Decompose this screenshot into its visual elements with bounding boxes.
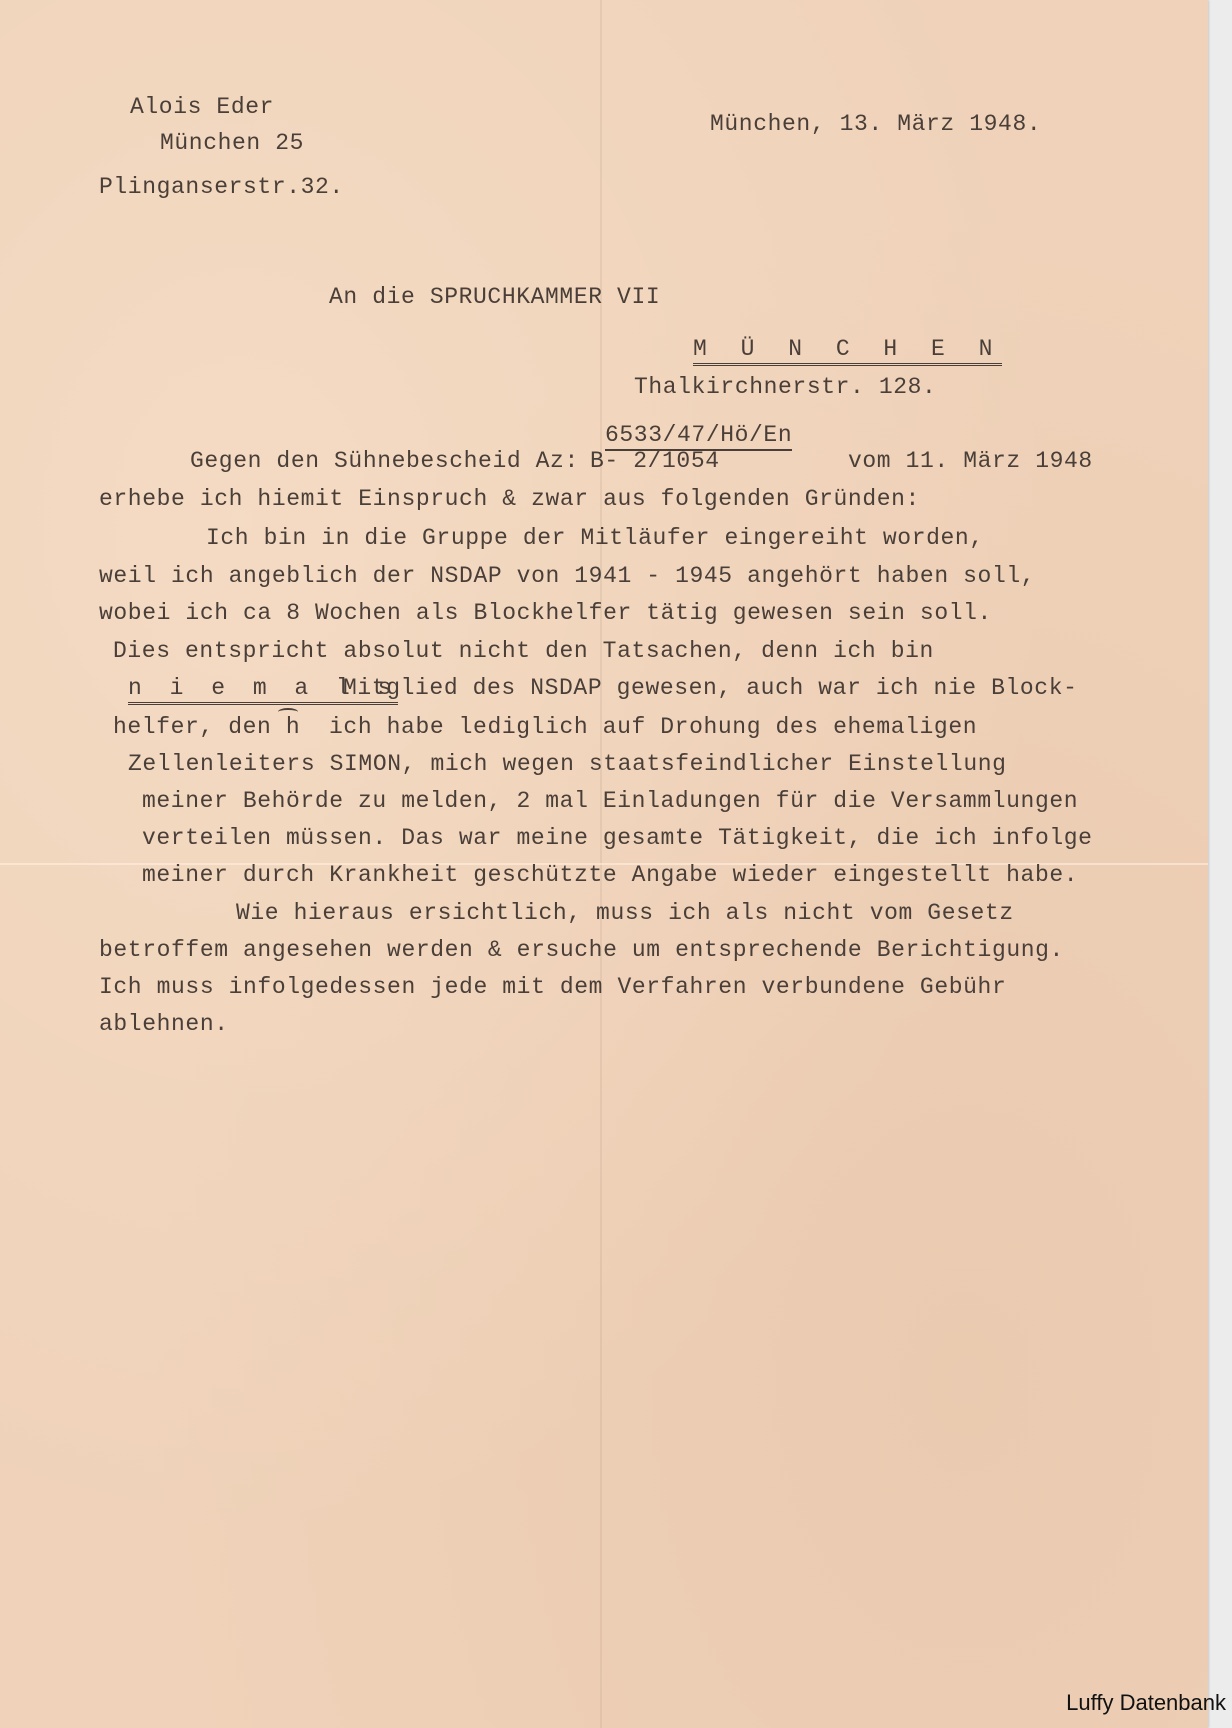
- body-line: wobei ich ca 8 Wochen als Blockhelfer tä…: [99, 602, 992, 625]
- body-line: ablehnen.: [99, 1013, 229, 1036]
- reference-prefix: Gegen den Sühnebescheid Az:: [190, 450, 579, 473]
- body-line: Ich bin in die Gruppe der Mitläufer eing…: [206, 527, 984, 550]
- body-line: betroffem angesehen werden & ersuche um …: [99, 939, 1064, 962]
- place-date: München, 13. März 1948.: [710, 113, 1041, 136]
- body-line: Ich muss infolgedessen jede mit dem Verf…: [99, 976, 1006, 999]
- handwritten-reference: 6533/47/Hö/En: [605, 424, 792, 451]
- recipient-city: M Ü N C H E N: [693, 338, 1002, 366]
- body-line: Mitglied des NSDAP gewesen, auch war ich…: [343, 677, 1078, 700]
- letter-page: Alois Eder München 25 Plinganserstr.32. …: [0, 0, 1208, 1728]
- body-line: meiner Behörde zu melden, 2 mal Einladun…: [142, 790, 1078, 813]
- body-line: erhebe ich hiemit Einspruch & zwar aus f…: [99, 488, 920, 511]
- body-line: meiner durch Krankheit geschützte Angabe…: [142, 864, 1078, 887]
- body-line: Wie hieraus ersichtlich, muss ich als ni…: [236, 902, 1014, 925]
- body-line: helfer, den h ich habe lediglich auf Dro…: [113, 716, 977, 739]
- recipient-street: Thalkirchnerstr. 128.: [634, 376, 936, 399]
- body-line: Dies entspricht absolut nicht den Tatsac…: [113, 640, 934, 663]
- sender-name: Alois Eder: [130, 96, 274, 119]
- body-line: weil ich angeblich der NSDAP von 1941 - …: [99, 565, 1035, 588]
- sender-city: München 25: [160, 132, 304, 155]
- body-line: verteilen müssen. Das war meine gesamte …: [142, 827, 1093, 850]
- sender-street: Plinganserstr.32.: [99, 176, 344, 199]
- reference-az: B- 2/1054: [590, 450, 720, 473]
- reference-date: vom 11. März 1948: [848, 450, 1093, 473]
- body-line: Zellenleiters SIMON, mich wegen staatsfe…: [128, 753, 1007, 776]
- watermark-label: Luffy Datenbank: [1066, 1690, 1226, 1716]
- recipient-line: An die SPRUCHKAMMER VII: [329, 286, 660, 309]
